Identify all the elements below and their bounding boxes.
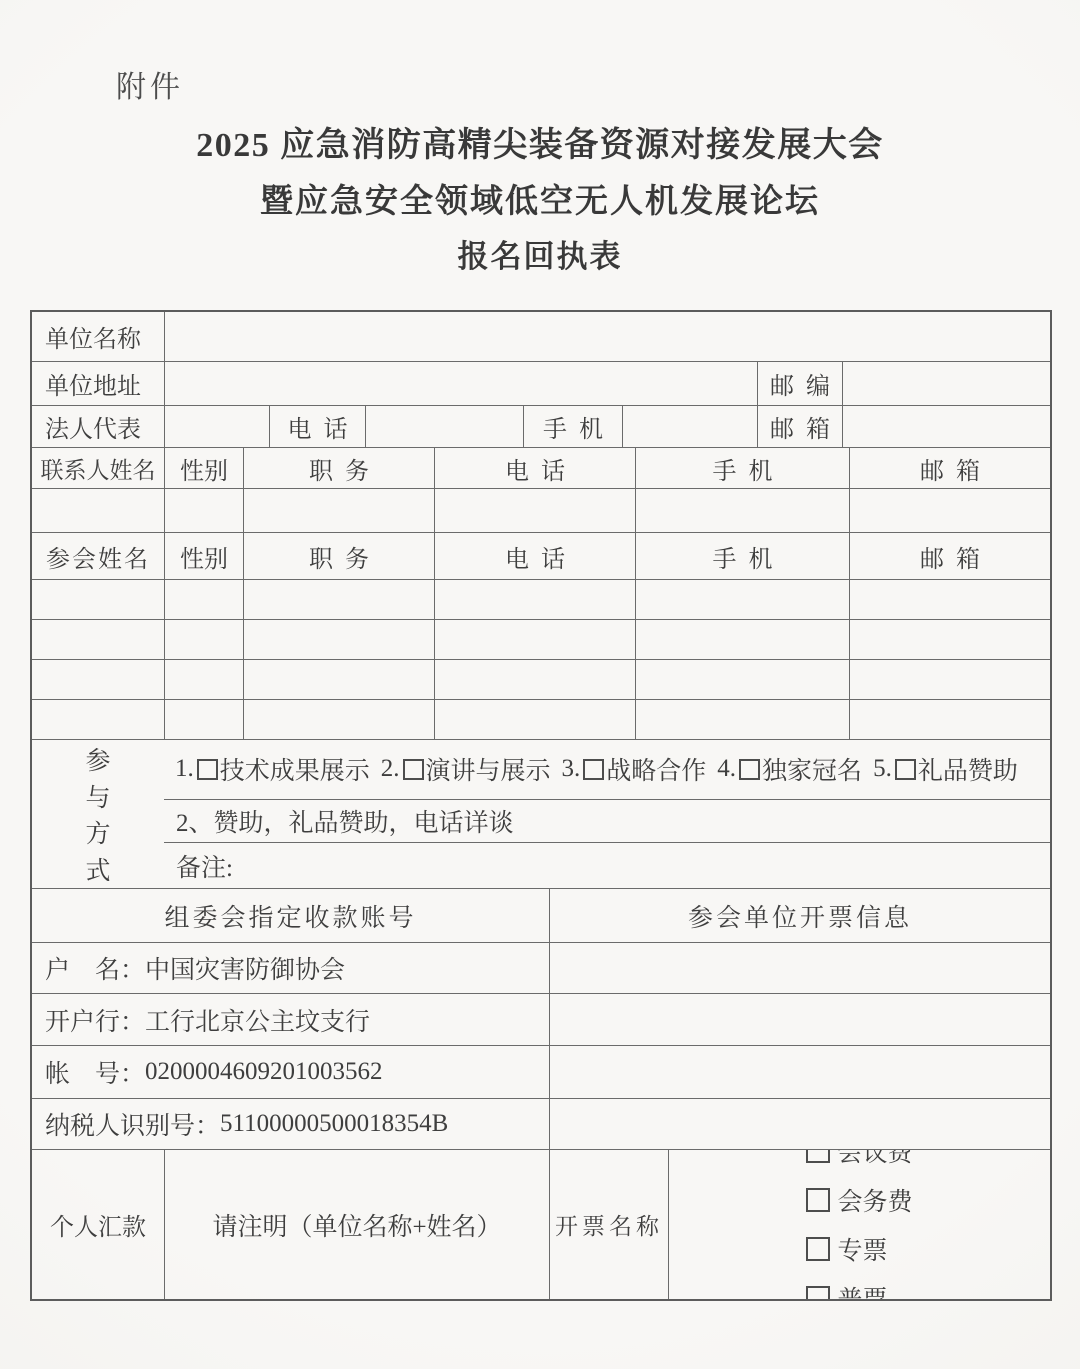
account-name-row: 户 名：中国灾害防御协会 <box>32 942 1050 993</box>
contact-header-row: 联系人姓名 性别 职 务 电 话 手 机 邮 箱 <box>32 447 1050 488</box>
account-name-line: 户 名：中国灾害防御协会 <box>32 943 549 993</box>
unit-address-field[interactable] <box>164 362 757 405</box>
account-no-row: 帐 号：0200004609201003562 <box>32 1045 1050 1098</box>
legal-rep-label: 法人代表 <box>32 406 164 447</box>
participation-label-char: 与 <box>85 778 110 814</box>
account-no-value: 0200004609201003562 <box>145 1058 383 1086</box>
participation-options-row: 1.技术成果展示 2.演讲与展示 3.战略合作 4.独家冠名 5.礼品赞助 <box>164 740 1050 799</box>
participation-option: 1.技术成果展示 <box>175 751 370 787</box>
invoice-info-cell[interactable] <box>549 994 1050 1045</box>
invoice-info-header: 参会单位开票信息 <box>549 889 1050 942</box>
unit-name-field[interactable] <box>164 312 1050 361</box>
checkbox-icon[interactable] <box>403 759 424 780</box>
job-title-header: 职 务 <box>243 533 434 579</box>
checkbox-icon[interactable] <box>739 759 760 780</box>
email-header: 邮 箱 <box>849 448 1050 488</box>
checkbox-icon[interactable] <box>583 759 604 780</box>
checkbox-icon[interactable] <box>806 1286 830 1299</box>
account-no-label: 帐 号： <box>45 1054 145 1090</box>
attendee-name-header: 参会姓名 <box>32 533 164 579</box>
account-name-value: 中国灾害防御协会 <box>145 950 345 986</box>
attendee-job-cell[interactable] <box>243 580 434 619</box>
participation-option: 4.独家冠名 <box>717 751 862 787</box>
checkbox-icon[interactable] <box>806 1188 830 1212</box>
participation-label-char: 参 <box>85 741 110 777</box>
remark-row: 备注: <box>164 842 1050 888</box>
attendee-data-row <box>32 659 1050 699</box>
invoice-option-label: 普票 <box>837 1280 887 1299</box>
tax-id-line: 纳税人识别号：51100000500018354B <box>32 1099 549 1149</box>
sponsor-line-row: 2、赞助，礼品赞助，电话详谈 <box>164 799 1050 843</box>
conference-title-line2: 暨应急安全领域低空无人机发展论坛 <box>0 174 1080 230</box>
contact-name-header: 联系人姓名 <box>32 448 164 488</box>
attendee-gender-cell[interactable] <box>164 660 243 699</box>
participation-option: 5.礼品赞助 <box>873 751 1018 787</box>
contact-mobile-cell[interactable] <box>635 489 849 532</box>
invoice-option: 普票 <box>806 1280 912 1299</box>
attendee-name-cell[interactable] <box>32 580 164 619</box>
payment-header-row: 组委会指定收款账号 参会单位开票信息 <box>32 888 1050 942</box>
attendee-data-row <box>32 579 1050 619</box>
tax-id-value: 51100000500018354B <box>220 1110 448 1138</box>
participation-label-char: 方 <box>85 814 110 850</box>
attendee-mobile-cell[interactable] <box>635 620 849 659</box>
title-block: 2025 应急消防高精尖装备资源对接发展大会 暨应急安全领域低空无人机发展论坛 … <box>0 118 1080 284</box>
attendee-job-cell[interactable] <box>243 660 434 699</box>
invoice-option: 会务费 <box>806 1182 912 1218</box>
unit-address-label: 单位地址 <box>32 362 164 405</box>
email-field[interactable] <box>842 406 1050 447</box>
bank-label: 开户行： <box>45 1002 145 1038</box>
invoice-option: 专票 <box>806 1231 912 1267</box>
option-number: 1. <box>175 755 194 783</box>
checkbox-icon[interactable] <box>197 759 218 780</box>
option-label: 战略合作 <box>606 751 706 787</box>
checkbox-icon[interactable] <box>806 1237 830 1261</box>
invoice-option-label: 会务费 <box>837 1182 912 1218</box>
checkbox-icon[interactable] <box>806 1150 830 1163</box>
attendee-job-cell[interactable] <box>243 620 434 659</box>
remittance-row: 个人汇款 请注明（单位名称+姓名） 开票名称 会议费 会务费 专票 普票 <box>32 1149 1050 1299</box>
postal-code-field[interactable] <box>842 362 1050 405</box>
invoice-options-list: 会议费 会务费 专票 普票 <box>806 1150 912 1299</box>
option-label: 礼品赞助 <box>918 751 1018 787</box>
account-no-line: 帐 号：0200004609201003562 <box>32 1046 549 1098</box>
phone-header: 电 话 <box>434 448 635 488</box>
gender-header: 性别 <box>164 448 243 488</box>
contact-email-cell[interactable] <box>849 489 1050 532</box>
attendee-mobile-cell[interactable] <box>635 660 849 699</box>
tax-id-label: 纳税人识别号： <box>45 1106 220 1142</box>
contact-gender-cell[interactable] <box>164 489 243 532</box>
mobile-header: 手 机 <box>635 533 849 579</box>
contact-phone-cell[interactable] <box>434 489 635 532</box>
mobile-field[interactable] <box>622 406 757 447</box>
attendee-name-cell[interactable] <box>32 700 164 739</box>
attendee-header-row: 参会姓名 性别 职 务 电 话 手 机 邮 箱 <box>32 532 1050 579</box>
account-name-label: 户 名： <box>45 950 145 986</box>
attendee-data-row <box>32 699 1050 739</box>
option-number: 2. <box>381 755 400 783</box>
mobile-label: 手 机 <box>523 406 622 447</box>
invoice-info-cell[interactable] <box>549 943 1050 993</box>
contact-job-cell[interactable] <box>243 489 434 532</box>
invoice-options-cell: 会议费 会务费 专票 普票 <box>668 1150 1050 1299</box>
attendee-email-cell[interactable] <box>849 660 1050 699</box>
payment-account-header: 组委会指定收款账号 <box>32 889 549 942</box>
phone-field[interactable] <box>365 406 523 447</box>
invoice-option-label: 专票 <box>837 1231 887 1267</box>
option-label: 技术成果展示 <box>220 751 370 787</box>
attendee-phone-cell[interactable] <box>434 580 635 619</box>
attendee-email-cell[interactable] <box>849 700 1050 739</box>
gender-header: 性别 <box>164 533 243 579</box>
remark-input-area[interactable] <box>233 843 1050 888</box>
attendee-mobile-cell[interactable] <box>635 580 849 619</box>
attendee-gender-cell[interactable] <box>164 580 243 619</box>
tax-id-row: 纳税人识别号：51100000500018354B <box>32 1098 1050 1149</box>
checkbox-icon[interactable] <box>895 759 916 780</box>
legal-rep-row: 法人代表 电 话 手 机 邮 箱 <box>32 405 1050 447</box>
participation-option: 3.战略合作 <box>562 751 707 787</box>
attendee-gender-cell[interactable] <box>164 620 243 659</box>
invoice-option-label: 会议费 <box>837 1150 912 1169</box>
attachment-label: 附件 <box>116 62 184 106</box>
contact-data-row <box>32 488 1050 532</box>
phone-header: 电 话 <box>434 533 635 579</box>
scanned-registration-form: 附件 2025 应急消防高精尖装备资源对接发展大会 暨应急安全领域低空无人机发展… <box>0 0 1080 1369</box>
attendee-gender-cell[interactable] <box>164 700 243 739</box>
registration-table: 单位名称 单位地址 邮 编 法人代表 电 话 手 机 邮 箱 联系人姓名 性别 … <box>30 310 1052 1301</box>
option-number: 3. <box>562 755 581 783</box>
attendee-email-cell[interactable] <box>849 620 1050 659</box>
invoice-name-label: 开票名称 <box>549 1150 668 1299</box>
email-header: 邮 箱 <box>849 533 1050 579</box>
remittance-note: 请注明（单位名称+姓名） <box>164 1150 549 1299</box>
option-label: 独家冠名 <box>762 751 862 787</box>
attendee-mobile-cell[interactable] <box>635 700 849 739</box>
invoice-info-cell[interactable] <box>549 1099 1050 1149</box>
bank-value: 工行北京公主坟支行 <box>145 1002 370 1038</box>
mobile-header: 手 机 <box>635 448 849 488</box>
participation-content: 1.技术成果展示 2.演讲与展示 3.战略合作 4.独家冠名 5.礼品赞助 2、… <box>164 740 1050 888</box>
invoice-option: 会议费 <box>806 1150 912 1169</box>
unit-address-row: 单位地址 邮 编 <box>32 361 1050 405</box>
participation-option: 2.演讲与展示 <box>381 751 551 787</box>
invoice-info-cell[interactable] <box>549 1046 1050 1098</box>
sponsor-line: 2、赞助，礼品赞助，电话详谈 <box>176 803 514 839</box>
form-title: 报名回执表 <box>0 230 1080 284</box>
bank-line: 开户行：工行北京公主坟支行 <box>32 994 549 1045</box>
participation-label-char: 式 <box>85 851 110 887</box>
option-number: 4. <box>717 755 736 783</box>
postal-code-label: 邮 编 <box>757 362 842 405</box>
unit-name-label: 单位名称 <box>32 312 164 361</box>
legal-rep-field[interactable] <box>164 406 269 447</box>
attendee-phone-cell[interactable] <box>434 700 635 739</box>
participation-label: 参 与 方 式 <box>32 740 164 888</box>
contact-name-cell[interactable] <box>32 489 164 532</box>
job-title-header: 职 务 <box>243 448 434 488</box>
attendee-phone-cell[interactable] <box>434 620 635 659</box>
attendee-name-cell[interactable] <box>32 660 164 699</box>
remark-label: 备注: <box>176 848 233 884</box>
bank-row: 开户行：工行北京公主坟支行 <box>32 993 1050 1045</box>
option-label: 演讲与展示 <box>426 751 551 787</box>
option-number: 5. <box>873 755 892 783</box>
conference-title-line1: 2025 应急消防高精尖装备资源对接发展大会 <box>0 118 1080 174</box>
attendee-job-cell[interactable] <box>243 700 434 739</box>
attendee-email-cell[interactable] <box>849 580 1050 619</box>
remittance-label: 个人汇款 <box>32 1150 164 1299</box>
attendee-phone-cell[interactable] <box>434 660 635 699</box>
participation-row: 参 与 方 式 1.技术成果展示 2.演讲与展示 3.战略合作 4.独家冠名 5… <box>32 739 1050 888</box>
attendee-name-cell[interactable] <box>32 620 164 659</box>
email-label: 邮 箱 <box>757 406 842 447</box>
unit-name-row: 单位名称 <box>32 312 1050 361</box>
attendee-data-row <box>32 619 1050 659</box>
phone-label: 电 话 <box>269 406 365 447</box>
